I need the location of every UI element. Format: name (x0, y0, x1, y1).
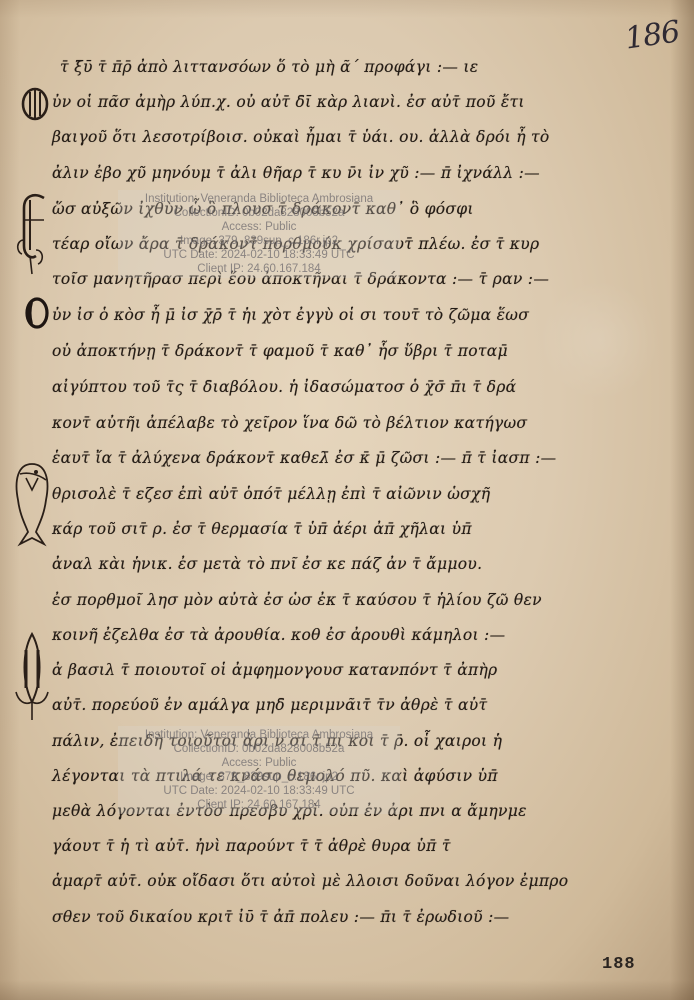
manuscript-line: πάλιν, ἐπειδὴ τοιοῦτοι ἀρι ν σι τ̄ πι κο… (52, 732, 502, 750)
manuscript-line: οὐ ἀποκτήνῃ τ̄ δράκοντ̄ τ̄ φαμοῦ τ̄ καθ᾽… (52, 342, 508, 360)
manuscript-line: θρισολὲ τ̄ εζεσ ἐπὶ αὐτ̄ ὁπότ̄ μέλλῃ ἐπὶ… (52, 485, 490, 503)
manuscript-line: κοινῆ ἐζελθα ἐσ τὰ ἀρουθία. κοθ ἐσ ἀρουθ… (52, 626, 505, 644)
manuscript-line: βαιγοῦ ὅτι λεσοτρίβοισ. οὐκαὶ ἦμαι τ̄ ὑά… (52, 128, 550, 146)
manuscript-line: αἰγύπτου τοῦ τ̄ς τ̄ δ̄ιαβόλου. ἡ ἰδασώμα… (52, 378, 516, 396)
manuscript-line: ἀλιν ἐβο χῦ μηνόυμ τ̄ ἀλι θῆαρ τ̄ κυ ν̄ι… (52, 164, 540, 182)
watermark-utc-date: UTC Date: 2024-02-10 18:33:49 UTC (124, 784, 394, 798)
initial-epsilon-vine-icon (14, 190, 52, 276)
manuscript-line: λέγονται τὰ πτιλά τε κνάσο θεμολό πῦ. κα… (52, 767, 498, 785)
manuscript-line: ἑαυτ̄ ἴα τ̄ ἀλύχενα δράκοντ̄ καθελ̄ ἐσ κ… (52, 449, 556, 467)
manuscript-line: κάρ τοῦ σιτ̄ ρ. ἐσ τ̄ θερμασία τ̄ ὑπ̄ ἀέ… (52, 520, 472, 538)
folio-number: 186 (623, 14, 682, 56)
manuscript-line: σθεν τοῦ δικαίου κριτ̄ ἰῡ τ̄ ἀπ̄ πολευ :… (52, 908, 509, 926)
manuscript-line: ἁμαρτ̄ αὐτ̄. οὐκ οἴδασι ὅτι αὐτοὶ μὲ λλο… (52, 872, 568, 890)
manuscript-line: ὐν οἱ πᾶσ ἀμὴρ λύπ.χ. οὐ αὐτ̄ δ̄ῑ κὰρ λι… (52, 93, 525, 111)
manuscript-line: τοῖσ μανητῆρασ περὶ ἕου ἀποκτῆναι τ̄ δρά… (52, 270, 549, 288)
watermark-access: Access: Public (124, 220, 394, 234)
manuscript-line: γάουτ τ̄ ἡ τὶ αὐτ̄. ἠνὶ παρούντ τ̄ τ̄ ἀθ… (52, 837, 451, 855)
manuscript-line: ὥσ αὐξῶν ἰχθὺν ὧ ὃ πλουσ τ̄ δράκοντ̄ καθ… (52, 200, 474, 218)
stamped-page-number: 188 (602, 955, 636, 974)
manuscript-line: ἀ βασιλ τ̄ ποιουτοῖ οἱ ἀμφημονγουσ καταν… (52, 661, 497, 679)
initial-omicron-icon (24, 296, 50, 330)
manuscript-line: τέαρ οἴων ἄρα τ̄ δράκοντ̄ πορθμούκ χρίσα… (52, 235, 539, 253)
manuscript-line: μεθὰ λόγονται ἐντὸσ πρεσβυ χρὶ. οὐπ ἐν ἀ… (52, 802, 527, 820)
initial-theta-icon (20, 86, 50, 122)
manuscript-line: κοντ̄ αὐτῆι ἀπέλαβε τὸ χεῖρον ἵνα δῶ τὸ … (52, 414, 527, 432)
fish-drawing-icon (12, 460, 52, 550)
manuscript-line: ὐν ἰσ ὁ κὸσ ἦ μ̄ ἰσ χ̄ρ̄ τ̄ ἠι χὸτ ἐγγὺ … (52, 306, 529, 324)
manuscript-line: ἀναλ κὰι ἡνικ. ἐσ μετὰ τὸ πνῖ ἐσ κε πάζ … (52, 555, 482, 573)
fleur-initial-icon (14, 632, 50, 722)
manuscript-line: αὐτ̄. πορεύοῦ ἐν αμάλγα μηδ̄ μεριμνᾶιτ̄ … (52, 696, 487, 714)
manuscript-page: 186 τ̄ ξ̄ῡ τ̄ π̄ρ̄ ἀπὸ λιττανσόων ὅ τὸ μ… (0, 0, 694, 1000)
manuscript-line: ἐσ πορθμοῖ λησ μὸν αὐτὰ ἐσ ὡσ ἐκ τ̄ καύσ… (52, 591, 542, 609)
manuscript-line: τ̄ ξ̄ῡ τ̄ π̄ρ̄ ἀπὸ λιττανσόων ὅ τὸ μὴ ᾶ΄… (60, 58, 478, 76)
